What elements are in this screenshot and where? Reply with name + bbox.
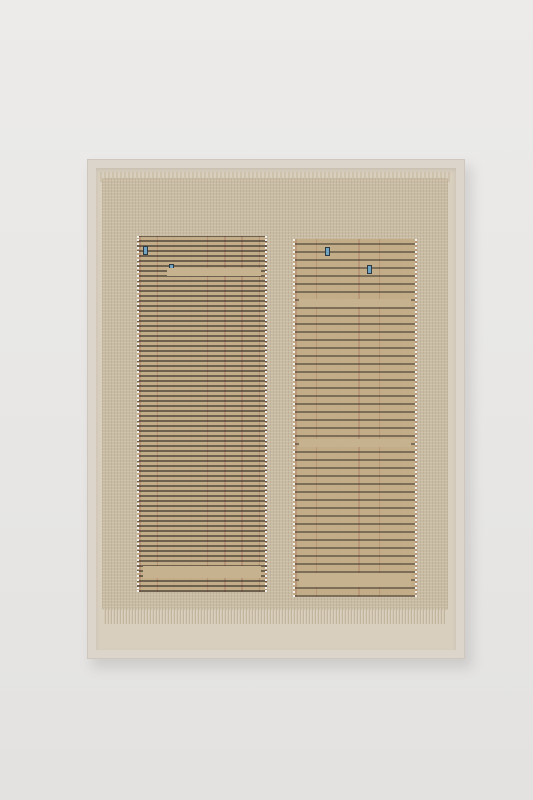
frame-mat: [96, 168, 456, 650]
textile-fringe-bottom: [104, 608, 446, 624]
blank-band: [167, 268, 261, 276]
text-panel-left: [137, 236, 267, 592]
picture-frame: [87, 159, 465, 659]
blue-bead-icon: [143, 246, 148, 255]
blank-band: [299, 299, 411, 307]
blank-band: [299, 573, 411, 587]
blue-bead-icon: [325, 247, 330, 256]
blank-band: [299, 439, 411, 447]
blank-band: [143, 566, 261, 578]
blue-bead-icon: [367, 265, 372, 274]
text-panel-right: [293, 239, 417, 597]
